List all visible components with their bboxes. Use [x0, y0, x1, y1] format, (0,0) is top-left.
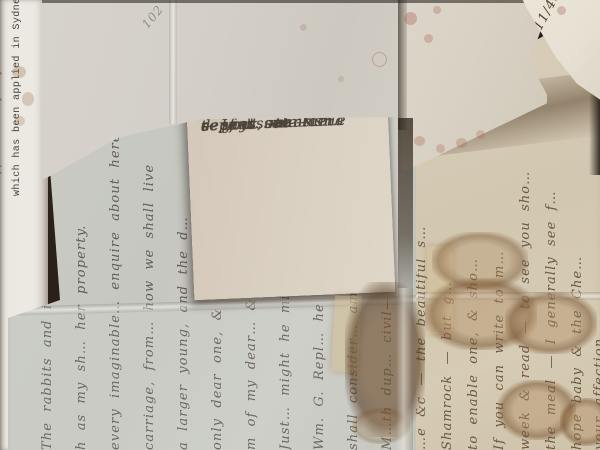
- stain-blob: [432, 232, 528, 290]
- stain-speck: [12, 66, 26, 78]
- red-speck: [476, 130, 485, 139]
- red-speck: [414, 136, 425, 146]
- stain-blob: [560, 398, 600, 446]
- background-edge: [42, 0, 547, 3]
- raised-fold-edge: [396, 288, 413, 450]
- stain-speck: [15, 116, 25, 126]
- photo-of-letters: which has been applied in Sydney. which …: [0, 0, 600, 450]
- fold-crease: [169, 0, 177, 124]
- red-speck: [433, 6, 441, 14]
- stain-ring: [372, 52, 387, 67]
- sheet-gap-shadow: [398, 118, 413, 313]
- stain-speck: [338, 76, 344, 82]
- stain-speck: [300, 24, 307, 31]
- red-speck: [424, 34, 433, 43]
- red-speck: [456, 138, 467, 148]
- red-speck: [404, 12, 417, 25]
- red-speck: [557, 6, 566, 15]
- typed-text-sliver: which has been applied in Sydney.: [0, 10, 7, 280]
- stain-speck: [22, 92, 34, 106]
- stain-blob: [505, 292, 597, 354]
- red-speck: [436, 144, 445, 153]
